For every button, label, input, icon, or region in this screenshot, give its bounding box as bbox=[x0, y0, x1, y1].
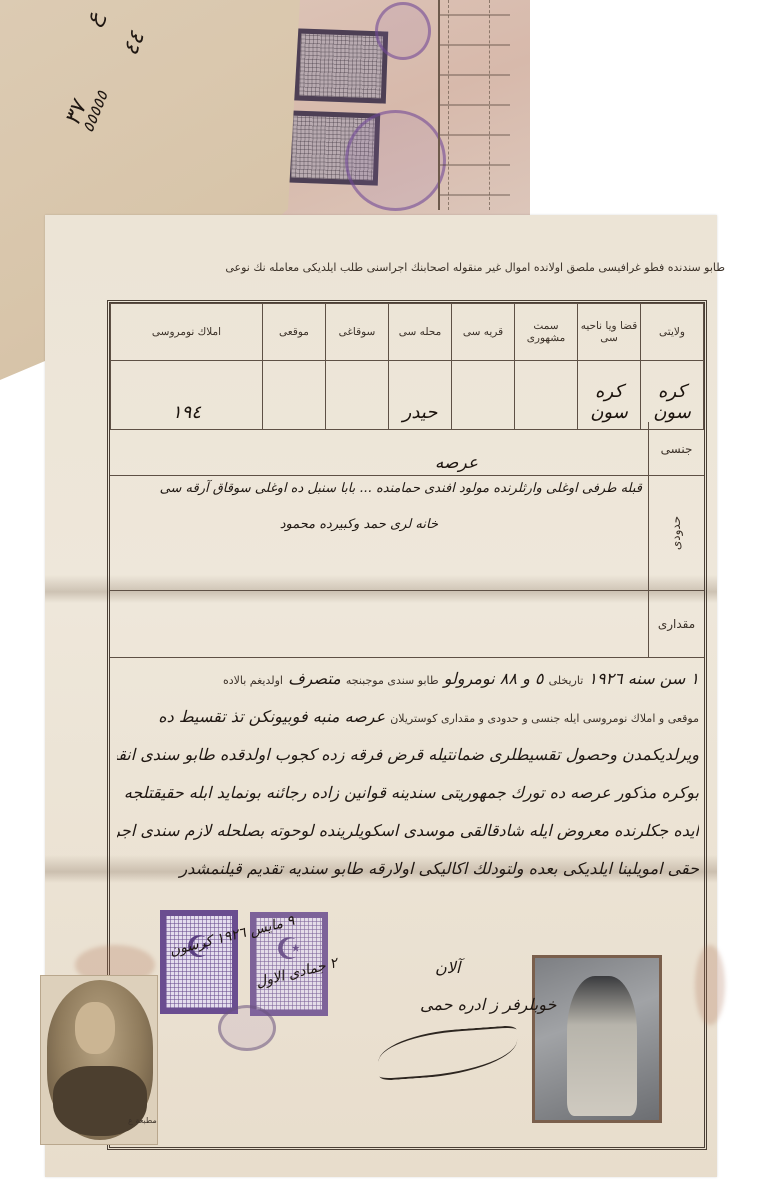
cell-vilayet: كره سون bbox=[641, 361, 704, 430]
col-vilayet: ولايتى bbox=[641, 304, 704, 361]
cell-karye bbox=[452, 361, 515, 430]
col-sokak: سوقاغى bbox=[326, 304, 389, 361]
col-mahalle: محله سى bbox=[389, 304, 452, 361]
hudud-value: قبله طرفى اوغلى وارثلرنده مولود افندى حم… bbox=[110, 475, 648, 590]
envelope-handwriting: ٤٤ bbox=[118, 28, 150, 59]
back-certificate bbox=[265, 0, 530, 215]
envelope-handwriting: ع bbox=[80, 8, 108, 30]
cell-kaza: كره سون bbox=[578, 361, 641, 430]
declaration-line-3: ويرلديكمدن وحصول تقسيطلرى ضمانتيله قرض ف… bbox=[117, 736, 699, 774]
col-emlak-no: املاك نومروسى bbox=[111, 304, 263, 361]
col-semt: سمت مشهورى bbox=[515, 304, 578, 361]
col-karye: قريه سى bbox=[452, 304, 515, 361]
round-seal-icon bbox=[218, 1005, 276, 1051]
cell-mevki bbox=[263, 361, 326, 430]
stain bbox=[695, 945, 725, 1025]
cell-semt bbox=[515, 361, 578, 430]
row-miqdar: مقدارى bbox=[110, 590, 704, 658]
portrait-uniform bbox=[53, 1066, 147, 1136]
ornamental-border bbox=[438, 0, 510, 210]
purple-seal-icon bbox=[345, 110, 446, 211]
signature-title: آلان bbox=[435, 958, 460, 977]
jins-label: جنسى bbox=[648, 422, 704, 475]
portrait-face bbox=[75, 1002, 115, 1054]
printer-mark: مطبعة ع bbox=[128, 1116, 157, 1125]
document-header: طابو سندنده فطو غرافيسى ملصق اولانده امو… bbox=[135, 261, 725, 274]
declaration-text: ١ سن سنه ١٩٢٦ تاريخلى ٥ و ٨٨ نومرولو طاب… bbox=[117, 660, 699, 888]
declaration-line-6: حقى امويلينا ايلديكى بعده ولتودلك اكاليك… bbox=[117, 850, 699, 888]
declaration-line-2: موقعى و املاك نومروسى ايله جنسى و حدودى … bbox=[117, 698, 699, 736]
hudud-label: حدودى bbox=[648, 475, 704, 590]
col-kaza: قضا ويا ناحيه سى bbox=[578, 304, 641, 361]
declaration-line-5: ايده جكلرنده معروض ايله شادقالقى موسدى ا… bbox=[117, 812, 699, 850]
revenue-stamp-back-top bbox=[294, 28, 388, 103]
cell-emlak-no: ١٩٤ bbox=[111, 361, 263, 430]
declaration-line-1: ١ سن سنه ١٩٢٦ تاريخلى ٥ و ٨٨ نومرولو طاب… bbox=[117, 660, 699, 698]
jins-value: عرصه bbox=[110, 422, 648, 475]
crescent-star-icon: ☪ bbox=[276, 932, 303, 967]
miqdar-value bbox=[110, 590, 648, 657]
property-table: ولايتى قضا ويا ناحيه سى سمت مشهورى قريه … bbox=[110, 303, 704, 430]
portrait-figure bbox=[567, 976, 637, 1116]
signature-name: خوبلرفر ز ادره حمى bbox=[420, 995, 556, 1014]
cell-mahalle: حيدر bbox=[389, 361, 452, 430]
row-jins: جنسى عرصه bbox=[110, 422, 704, 476]
revenue-stamp-left: ☪ bbox=[160, 910, 238, 1014]
declaration-line-4: بوكره مذكور عرصه ده تورك جمهوريتى سندينه… bbox=[117, 774, 699, 812]
col-mevki: موقعى bbox=[263, 304, 326, 361]
miqdar-label: مقدارى bbox=[648, 590, 704, 657]
row-hudud: حدودى قبله طرفى اوغلى وارثلرنده مولود اف… bbox=[110, 475, 704, 591]
purple-seal-icon bbox=[375, 2, 431, 60]
portrait-photo-right bbox=[532, 955, 662, 1123]
cell-sokak bbox=[326, 361, 389, 430]
